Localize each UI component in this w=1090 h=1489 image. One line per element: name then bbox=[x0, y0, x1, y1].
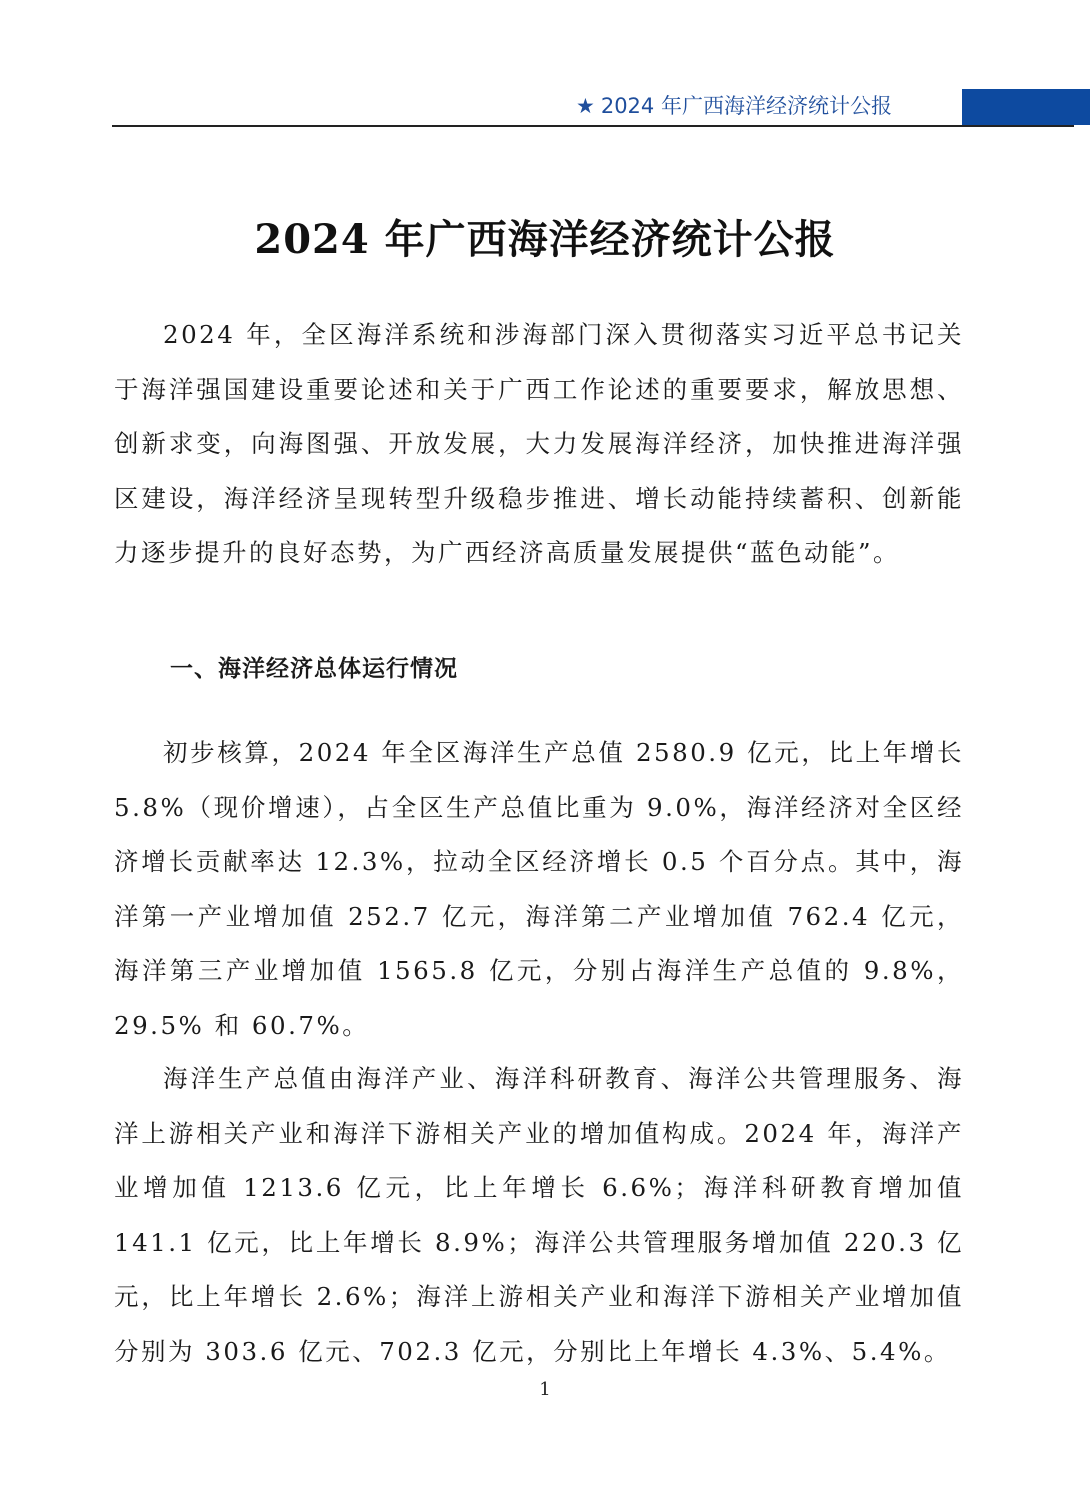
running-header-label: 2024 年广西海洋经济统计公报 bbox=[601, 94, 892, 118]
header-divider bbox=[112, 125, 1074, 127]
body-paragraph: 海洋生产总值由海洋产业、海洋科研教育、海洋公共管理服务、海洋上游相关产业和海洋下… bbox=[114, 1052, 964, 1379]
page-number: 1 bbox=[0, 1379, 1090, 1400]
running-header-title: ★2024 年广西海洋经济统计公报 bbox=[576, 90, 892, 120]
intro-paragraph: 2024 年，全区海洋系统和涉海部门深入贯彻落实习近平总书记关于海洋强国建设重要… bbox=[114, 308, 964, 581]
star-icon: ★ bbox=[576, 94, 595, 118]
intro-section: 2024 年，全区海洋系统和涉海部门深入贯彻落实习近平总书记关于海洋强国建设重要… bbox=[114, 308, 964, 581]
section-heading: 一、海洋经济总体运行情况 bbox=[170, 650, 458, 683]
running-header: ★2024 年广西海洋经济统计公报 bbox=[0, 0, 1090, 130]
body-paragraph: 初步核算，2024 年全区海洋生产总值 2580.9 亿元，比上年增长 5.8%… bbox=[114, 726, 964, 1053]
section-1-paragraph-1-block: 初步核算，2024 年全区海洋生产总值 2580.9 亿元，比上年增长 5.8%… bbox=[114, 726, 964, 1053]
section-1-paragraph-2-block: 海洋生产总值由海洋产业、海洋科研教育、海洋公共管理服务、海洋上游相关产业和海洋下… bbox=[114, 1052, 964, 1379]
header-accent-block bbox=[962, 89, 1090, 125]
document-title: 2024 年广西海洋经济统计公报 bbox=[0, 208, 1090, 265]
